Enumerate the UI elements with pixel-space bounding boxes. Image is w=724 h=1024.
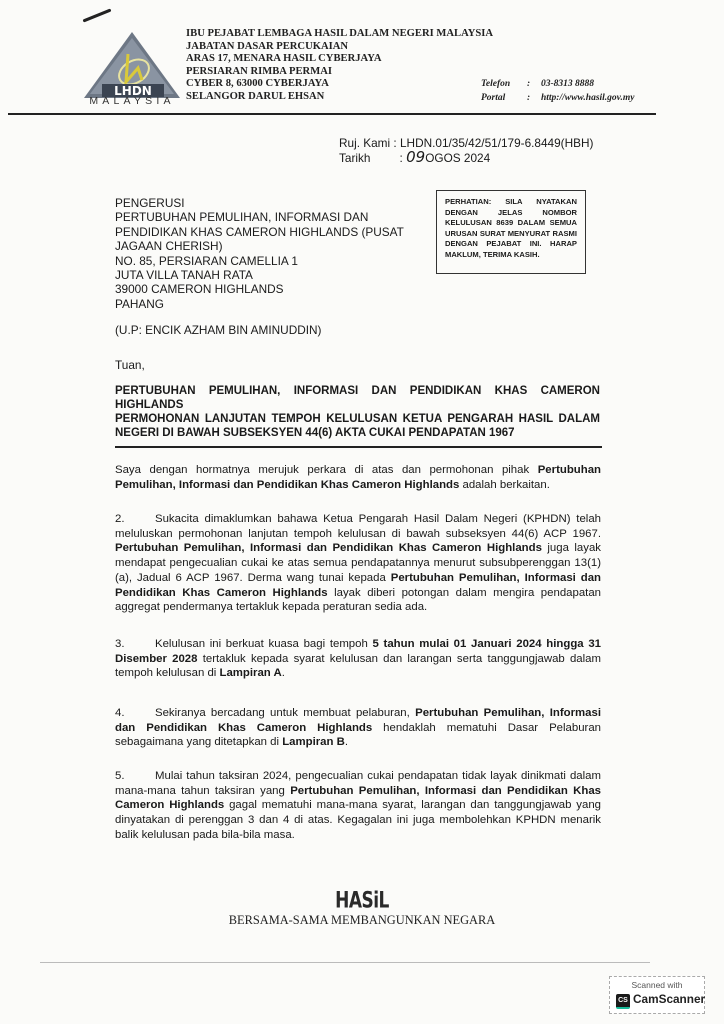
tarikh-value: OGOS 2024 (425, 151, 490, 165)
contact-info: Telefon:03-8313 8888 Portal:http://www.h… (481, 78, 635, 105)
org-line: JABATAN DASAR PERCUKAIAN (186, 41, 493, 54)
camscanner-icon: CS (616, 994, 630, 1009)
ruj-value: LHDN.01/35/42/51/179-6.8449(HBH) (400, 136, 593, 150)
footer-divider (40, 962, 650, 963)
subject-heading: PERTUBUHAN PEMULIHAN, INFORMASI DAN PEND… (115, 384, 600, 440)
ruj-label: Ruj. Kami (339, 136, 390, 150)
logo-country: MALAYSIA (82, 95, 182, 107)
recipient-line: JAGAAN CHERISH) (115, 239, 404, 253)
bold-text: Lampiran B (282, 736, 345, 748)
pen-mark (83, 8, 112, 22)
salutation: Tuan, (115, 358, 145, 372)
subject-line-1: PERTUBUHAN PEMULIHAN, INFORMASI DAN PEND… (115, 384, 600, 412)
org-address: IBU PEJABAT LEMBAGA HASIL DALAM NEGERI M… (186, 28, 493, 104)
portal-row: Portal:http://www.hasil.gov.my (481, 92, 635, 106)
paragraph-2: 2.Sukacita dimaklumkan bahawa Ketua Peng… (115, 512, 601, 615)
ruj-row: Ruj. Kami : LHDN.01/35/42/51/179-6.8449(… (339, 136, 593, 150)
paragraph-number: 5. (115, 769, 155, 784)
telefon-row: Telefon:03-8313 8888 (481, 78, 635, 92)
recipient-line: JUTA VILLA TANAH RATA (115, 268, 404, 282)
attention-line: (U.P: ENCIK AZHAM BIN AMINUDDIN) (115, 323, 321, 337)
paragraph-3: 3.Kelulusan ini berkuat kuasa bagi tempo… (115, 637, 601, 681)
reference-block: Ruj. Kami : LHDN.01/35/42/51/179-6.8449(… (339, 136, 593, 165)
watermark-brand: CamScanner (633, 992, 705, 1006)
org-line: IBU PEJABAT LEMBAGA HASIL DALAM NEGERI M… (186, 28, 493, 41)
hasil-brand-logo: HASiL (0, 888, 724, 914)
recipient-line: PAHANG (115, 297, 404, 311)
telefon-label: Telefon (481, 78, 527, 92)
tarikh-handwritten-day: 09 (406, 148, 425, 166)
telefon-value: 03-8313 8888 (541, 79, 594, 89)
bold-text: Pertubuhan Pemulihan, Informasi dan Pend… (115, 542, 542, 554)
body-text: Sukacita dimaklumkan bahawa Ketua Pengar… (115, 513, 601, 540)
footer-slogan: BERSAMA-SAMA MEMBANGUNKAN NEGARA (0, 913, 724, 928)
body-text: Kelulusan ini berkuat kuasa bagi tempoh (155, 638, 373, 650)
paragraph-number: 3. (115, 637, 155, 652)
body-text: adalah berkaitan. (459, 479, 550, 491)
body-text: Sekiranya bercadang untuk membuat pelabu… (155, 707, 415, 719)
portal-label: Portal (481, 92, 527, 106)
recipient-line: 39000 CAMERON HIGHLANDS (115, 282, 404, 296)
paragraph-number: 4. (115, 706, 155, 721)
subject-line-2: PERMOHONAN LANJUTAN TEMPOH KELULUSAN KET… (115, 412, 600, 440)
header-divider (8, 113, 656, 115)
paragraph-4: 4.Sekiranya bercadang untuk membuat pela… (115, 706, 601, 750)
org-line: SELANGOR DARUL EHSAN (186, 91, 493, 104)
org-line: CYBER 8, 63000 CYBERJAYA (186, 78, 493, 91)
recipient-address: PENGERUSI PERTUBUHAN PEMULIHAN, INFORMAS… (115, 196, 404, 311)
paragraph-5: 5.Mulai tahun taksiran 2024, pengecualia… (115, 769, 601, 843)
recipient-line: PENDIDIKAN KHAS CAMERON HIGHLANDS (PUSAT (115, 225, 404, 239)
camscanner-watermark: Scanned with CS CamScanner (609, 976, 705, 1014)
body-text: . (345, 736, 348, 748)
portal-link[interactable]: http://www.hasil.gov.my (541, 93, 635, 103)
bold-text: Lampiran A (219, 667, 281, 679)
watermark-caption: Scanned with (610, 980, 704, 990)
body-text: . (282, 667, 285, 679)
paragraph-number: 2. (115, 512, 155, 527)
subject-underline (115, 446, 602, 448)
recipient-line: PERTUBUHAN PEMULIHAN, INFORMASI DAN (115, 210, 404, 224)
org-line: ARAS 17, MENARA HASIL CYBERJAYA (186, 53, 493, 66)
recipient-line: NO. 85, PERSIARAN CAMELLIA 1 (115, 254, 404, 268)
paragraph-1: Saya dengan hormatnya merujuk perkara di… (115, 463, 601, 492)
recipient-line: PENGERUSI (115, 196, 404, 210)
org-line: PERSIARAN RIMBA PERMAI (186, 66, 493, 79)
body-text: Saya dengan hormatnya merujuk perkara di… (115, 464, 538, 476)
notice-box: PERHATIAN: SILA NYATAKAN DENGAN JELAS NO… (436, 190, 586, 274)
tarikh-label: Tarikh (339, 151, 393, 165)
tarikh-row: Tarikh : 09OGOS 2024 (339, 150, 593, 165)
